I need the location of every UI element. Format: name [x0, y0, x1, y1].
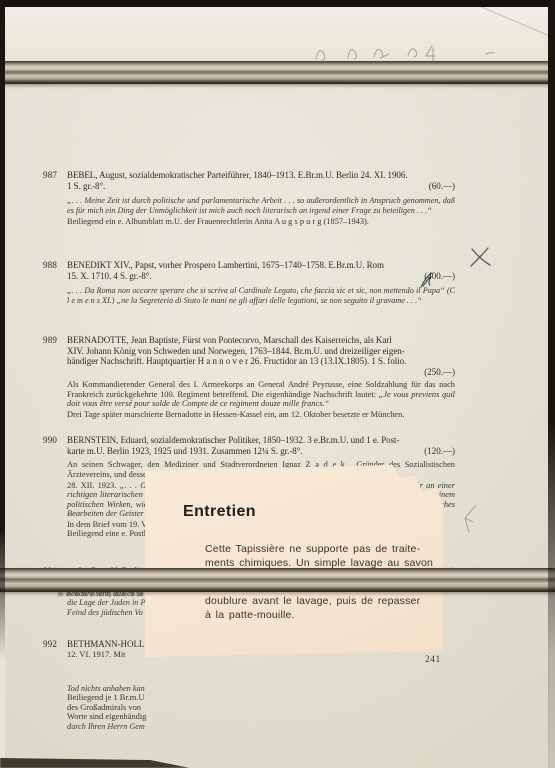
entry-heading-line: BERNSTEIN, Eduard, sozialdemokratischer … [67, 435, 455, 446]
entry-number: 990 [43, 435, 57, 445]
paragraph-segment: 28. XII. 1923. [67, 481, 120, 490]
paragraph-segment: „. . . Da Roma non occorre sperare che s… [67, 286, 447, 295]
entry-heading-tail: 15. X. 1710. 4 S. gr.-8°.(400.—) [67, 271, 455, 282]
entry-paragraph: Beiliegend je 1 Br.m.U [67, 693, 455, 702]
price-correction-mark [417, 272, 437, 292]
paper-crease [472, 3, 555, 43]
pencil-x-mark [468, 246, 494, 268]
card-text-line: à la patte-mouille. [205, 609, 435, 621]
entry-number: 988 [43, 260, 57, 270]
entry-tail-text: BETHMANN-HOLL [67, 639, 144, 650]
card-text-line: Cette Tapissière ne supporte pas de trai… [205, 543, 435, 555]
entry-price: (120.—) [424, 446, 455, 457]
entry-paragraph: Tod nichts anhaben kan [67, 684, 455, 693]
entry-heading-line: händiger Nachschrift. Hauptquartier H a … [67, 356, 455, 367]
entry-paragraph: „. . . Da Roma non occorre sperare che s… [67, 286, 455, 305]
framed-catalog-photo: 987BEBEL, August, sozialdemokratischer P… [0, 0, 555, 768]
card-text-line: doublure avant le lavage, puis de repass… [205, 595, 435, 607]
care-instruction-card: Entretien Cette Tapissière ne supporte p… [145, 465, 443, 657]
entry-heading-line: BERNADOTTE, Jean Baptiste, Fürst von Pon… [67, 335, 455, 346]
obscured-text-line [58, 592, 150, 596]
frame-bar-top [0, 61, 555, 84]
catalog-page: 987BEBEL, August, sozialdemokratischer P… [5, 84, 549, 768]
entry-tail-text: karte m.U. Berlin 1923, 1925 und 1931. Z… [67, 446, 302, 457]
pencil-check-mark [458, 503, 484, 535]
entry-paragraph: Beiliegend ein e. Albumblatt m.U. der Fr… [67, 217, 455, 226]
photo-edge-left [0, 0, 5, 660]
entry-number: 992 [43, 639, 57, 649]
entry-number: 989 [43, 335, 57, 345]
entry-paragraph: des Großadmirals von [67, 703, 455, 712]
entry-number: 987 [43, 170, 57, 180]
entry-heading-tail: 1 S. gr.-8°.(60.—) [67, 181, 455, 192]
entry-paragraph: „. . . Meine Zeit ist durch politische u… [67, 196, 455, 215]
backing-paper [0, 0, 555, 62]
card-title: Entretien [183, 503, 256, 521]
entry-heading-tail: karte m.U. Berlin 1923, 1925 und 1931. Z… [67, 446, 455, 457]
entry-price: (250.—) [424, 367, 455, 378]
entry-heading-tail: (250.—) [67, 367, 455, 378]
catalog-entry-988: 988BENEDIKT XIV., Papst, vorher Prospero… [43, 260, 455, 305]
photo-edge-top [0, 0, 555, 7]
entry-heading-line: XIV. Johann König von Schweden und Norwe… [67, 346, 455, 357]
entry-paragraph: Drei Tage später marschierte Bernadotte … [67, 410, 455, 419]
entry-heading-line: BENEDIKT XIV., Papst, vorher Prospero La… [67, 260, 455, 271]
photo-edge-right [548, 0, 555, 768]
entry-tail-text: 15. X. 1710. 4 S. gr.-8°. [67, 271, 152, 282]
catalog-entry-987: 987BEBEL, August, sozialdemokratischer P… [43, 170, 455, 226]
paragraph-segment: „ne la Segreteria di Stato le mani ne gl… [117, 296, 422, 305]
entry-heading-line: BEBEL, August, sozialdemokratischer Part… [67, 170, 455, 181]
entry-paragraph: Als Kommandierender General des I. Armee… [67, 380, 455, 408]
entry-price: (60.—) [429, 181, 455, 192]
entry-paragraph: durch Ihren Herrn Gem [67, 722, 455, 731]
entry-paragraph: Worte sind eigenhändig [67, 712, 455, 721]
frame-bar-bottom [0, 568, 555, 592]
entry-tail-text: 1 S. gr.-8°. [67, 181, 105, 192]
catalog-entry-989: 989BERNADOTTE, Jean Baptiste, Fürst von … [43, 335, 455, 419]
